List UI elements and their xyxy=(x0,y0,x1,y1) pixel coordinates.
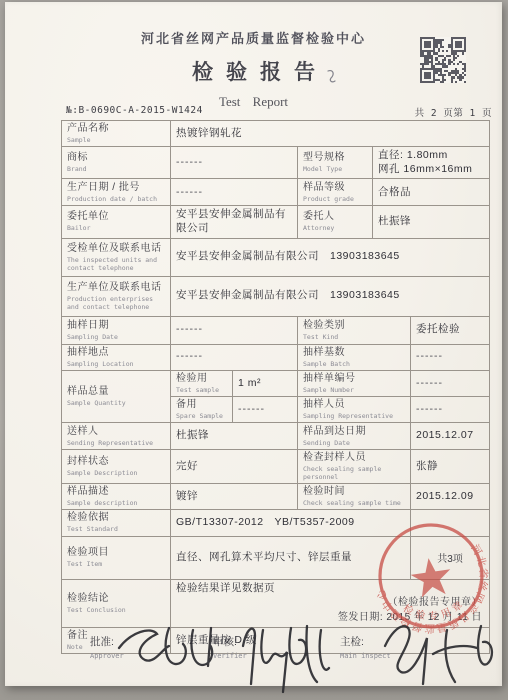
table-row-conclusion: 检验结论 Test Conclusion 检验结果详见数据页 （检验报告专用章）… xyxy=(62,579,490,628)
verifier-block: 审核: Verifier xyxy=(213,634,247,660)
table-row-sample: 产品名称 Sample 热镀锌钢轧花 xyxy=(62,121,490,147)
table-row-samplingdate-testkind: 抽样日期 Sampling Date ------ 检验类别 Test Kind… xyxy=(62,316,490,344)
label-en: The inspected units and contact telephon… xyxy=(67,256,165,272)
label-en: Production enterprises and contact telep… xyxy=(67,295,165,311)
label-zh: 生产单位及联系电话 xyxy=(67,282,165,294)
table-row-producer: 生产单位及联系电话 Production enterprises and con… xyxy=(62,276,490,316)
label-en: Production date / batch xyxy=(67,195,165,203)
label-grade: 样品等级 Product grade xyxy=(298,179,373,206)
report-table: 产品名称 Sample 热镀锌钢轧花 商标 Brand ------ 型号规格 … xyxy=(61,120,490,654)
value-prod-date: ------ xyxy=(171,179,298,206)
label-zh: 抽样单编号 xyxy=(303,373,405,385)
label-en: Test Kind xyxy=(303,333,405,341)
value-sample-number: ------ xyxy=(411,370,490,396)
approver-label-en: Approver xyxy=(90,652,124,660)
qr-code xyxy=(420,37,466,83)
label-en: Attorney xyxy=(303,224,367,232)
label-zh: 检验用 xyxy=(176,373,227,385)
test-item-count: 共3项 xyxy=(411,536,490,579)
table-row-sample-desc: 样品描述 Sample description 镀锌 检验时间 Check se… xyxy=(62,484,490,510)
approver-label-zh: 批准: xyxy=(90,634,124,649)
label-zh: 检验类别 xyxy=(303,320,405,332)
label-zh: 检验结论 xyxy=(67,593,165,605)
label-model: 型号规格 Model Type xyxy=(298,147,373,179)
value-sampling-rep: ------ xyxy=(411,396,490,422)
label-zh: 样品到达日期 xyxy=(303,426,405,438)
label-en: Sample Number xyxy=(303,386,405,394)
label-zh: 样品描述 xyxy=(67,486,165,498)
value-producer: 安平县安伸金属制品有限公司 13903183645 xyxy=(171,276,490,316)
label-test-kind: 检验类别 Test Kind xyxy=(298,316,411,344)
value-test-item: 直径、网孔算术平均尺寸、锌层重量 xyxy=(171,536,411,579)
label-producer: 生产单位及联系电话 Production enterprises and con… xyxy=(62,276,171,316)
label-en: Test Conclusion xyxy=(67,606,165,614)
label-zh: 委托人 xyxy=(303,211,367,223)
label-en: Product grade xyxy=(303,195,367,203)
table-row-location-batch: 抽样地点 Sampling Location ------ 抽样基数 Sampl… xyxy=(62,344,490,370)
table-row-proddate-grade: 生产日期 / 批号 Production date / batch ------… xyxy=(62,179,490,206)
value-spare-sample: ------ xyxy=(233,396,298,422)
report-number: №:B-0690C-A-2015-W1424 xyxy=(66,105,203,119)
value-inspected: 安平县安伸金属制品有限公司 13903183645 xyxy=(171,238,490,276)
label-zh: 抽样人员 xyxy=(303,399,405,411)
label-inspected: 受检单位及联系电话 The inspected units and contac… xyxy=(62,238,171,276)
value-brand: ------ xyxy=(171,147,298,179)
value-conclusion: 检验结果详见数据页 （检验报告专用章） 签发日期: 2015 年 12 月 11… xyxy=(171,579,490,628)
seal-note: （检验报告专用章） xyxy=(176,595,482,610)
verifier-label-en: Verifier xyxy=(213,652,247,660)
label-zh: 委托单位 xyxy=(67,211,165,223)
approver-block: 批准: Approver xyxy=(90,634,124,660)
table-row-note: 备注 Note 锌层重量按 D 级 xyxy=(62,628,490,654)
value-sampling-location: ------ xyxy=(171,344,298,370)
table-row-brand-model: 商标 Brand ------ 型号规格 Model Type 直径: 1.80… xyxy=(62,147,490,179)
label-test-time: 检验时间 Check sealing sample time xyxy=(298,484,411,510)
label-en: Sending Representative xyxy=(67,439,165,447)
value-sending-rep: 杜振锋 xyxy=(171,423,298,450)
inspector-label-en: Main inspect xyxy=(340,652,391,660)
value-test-standard: GB/T13307-2012 YB/T5357-2009 xyxy=(171,510,411,536)
value-seal-checker: 张静 xyxy=(411,450,490,484)
label-zh: 样品等级 xyxy=(303,182,367,194)
label-spare-sample: 备用 Spare Sample xyxy=(171,396,233,422)
conclusion-text: 检验结果详见数据页 xyxy=(176,582,484,596)
label-zh: 抽样地点 xyxy=(67,347,165,359)
label-sample-batch: 抽样基数 Sample Batch xyxy=(298,344,411,370)
label-prod-date: 生产日期 / 批号 Production date / batch xyxy=(62,179,171,206)
table-row-bailor-attorney: 委托单位 Bailor 安平县安伸金属制品有限公司 委托人 Attorney 杜… xyxy=(62,206,490,238)
label-sample: 产品名称 Sample xyxy=(62,121,171,147)
report-page: 河北省丝网产品质量监督检验中心 检验报告 Test Report №:B-069… xyxy=(5,2,502,686)
label-bailor: 委托单位 Bailor xyxy=(62,206,171,238)
label-zh: 送样人 xyxy=(67,426,165,438)
label-en: Sending Date xyxy=(303,439,405,447)
verifier-label-zh: 审核: xyxy=(213,634,247,649)
inspector-block: 主检: Main inspect xyxy=(340,634,391,660)
label-sample-desc: 样品描述 Sample description xyxy=(62,484,171,510)
label-en: Test Item xyxy=(67,560,165,568)
label-en: Sampling Date xyxy=(67,333,165,341)
label-zh: 检查封样人员 xyxy=(303,452,405,464)
label-en: Check sealing sample time xyxy=(303,499,405,507)
label-en: Model Type xyxy=(303,165,367,173)
model-line2: 网孔 16mm×16mm xyxy=(378,163,484,177)
label-sending-rep: 送样人 Sending Representative xyxy=(62,423,171,450)
label-zh: 生产日期 / 批号 xyxy=(67,182,165,194)
value-sample-batch: ------ xyxy=(411,344,490,370)
inspector-label-zh: 主检: xyxy=(340,634,391,649)
value-sending-date: 2015.12.07 xyxy=(411,423,490,450)
value-attorney: 杜振锋 xyxy=(373,206,490,238)
value-sample: 热镀锌钢轧花 xyxy=(171,121,490,147)
label-en: Sample Batch xyxy=(303,360,405,368)
empty-cell xyxy=(411,510,490,536)
label-test-standard: 检验依据 Test Standard xyxy=(62,510,171,536)
label-zh: 型号规格 xyxy=(303,152,367,164)
table-row-inspected: 受检单位及联系电话 The inspected units and contac… xyxy=(62,238,490,276)
value-sample-desc: 镀锌 xyxy=(171,484,298,510)
label-seal-checker: 检查封样人员 Check sealing sample personnel xyxy=(298,450,411,484)
label-zh: 商标 xyxy=(67,152,165,164)
table-row-seal-state: 封样状态 Sample Description 完好 检查封样人员 Check … xyxy=(62,450,490,484)
value-test-sample: 1 m² xyxy=(233,370,298,396)
label-en: Sample xyxy=(67,136,165,144)
label-sending-date: 样品到达日期 Sending Date xyxy=(298,423,411,450)
label-en: Check sealing sample personnel xyxy=(303,465,405,481)
table-row-quantity-test: 样品总量 Sample Quantity 检验用 Test sample 1 m… xyxy=(62,370,490,396)
label-sample-number: 抽样单编号 Sample Number xyxy=(298,370,411,396)
label-seal-state: 封样状态 Sample Description xyxy=(62,450,171,484)
label-attorney: 委托人 Attorney xyxy=(298,206,373,238)
label-en: Test Standard xyxy=(67,525,165,533)
value-sampling-date: ------ xyxy=(171,316,298,344)
issue-date: 签发日期: 2015 年 12 月 11 日 xyxy=(176,610,482,625)
report-number-row: №:B-0690C-A-2015-W1424 共 2 页第 1 页 xyxy=(66,105,492,119)
label-zh: 产品名称 xyxy=(67,123,165,135)
label-zh: 检验项目 xyxy=(67,547,165,559)
value-seal-state: 完好 xyxy=(171,450,298,484)
value-grade: 合格品 xyxy=(373,179,490,206)
value-model: 直径: 1.80mm 网孔 16mm×16mm xyxy=(373,147,490,179)
label-zh: 抽样基数 xyxy=(303,347,405,359)
label-zh: 检验时间 xyxy=(303,486,405,498)
label-en: Sample Quantity xyxy=(67,399,165,407)
label-en: Sampling Representative xyxy=(303,412,405,420)
pagination: 共 2 页第 1 页 xyxy=(415,105,492,119)
table-row-standard: 检验依据 Test Standard GB/T13307-2012 YB/T53… xyxy=(62,510,490,536)
label-zh: 备用 xyxy=(176,399,227,411)
label-brand: 商标 Brand xyxy=(62,147,171,179)
value-bailor: 安平县安伸金属制品有限公司 xyxy=(171,206,298,238)
label-sampling-rep: 抽样人员 Sampling Representative xyxy=(298,396,411,422)
model-line1: 直径: 1.80mm xyxy=(378,149,484,163)
value-test-kind: 委托检验 xyxy=(411,316,490,344)
label-sample-quantity: 样品总量 Sample Quantity xyxy=(62,370,171,422)
label-en: Bailor xyxy=(67,224,165,232)
label-en: Test sample xyxy=(176,386,227,394)
label-en: Sample description xyxy=(67,499,165,507)
label-en: Sampling Location xyxy=(67,360,165,368)
label-zh: 受检单位及联系电话 xyxy=(67,243,165,255)
value-test-time: 2015.12.09 xyxy=(411,484,490,510)
label-zh: 检验依据 xyxy=(67,512,165,524)
label-en: Brand xyxy=(67,165,165,173)
label-sampling-location: 抽样地点 Sampling Location xyxy=(62,344,171,370)
label-zh: 封样状态 xyxy=(67,456,165,468)
label-zh: 样品总量 xyxy=(67,386,165,398)
label-sampling-date: 抽样日期 Sampling Date xyxy=(62,316,171,344)
label-en: Sample Description xyxy=(67,469,165,477)
label-zh: 抽样日期 xyxy=(67,320,165,332)
table-row-test-item: 检验项目 Test Item 直径、网孔算术平均尺寸、锌层重量 共3项 xyxy=(62,536,490,579)
label-test-sample: 检验用 Test sample xyxy=(171,370,233,396)
pen-mark xyxy=(325,68,339,86)
label-test-item: 检验项目 Test Item xyxy=(62,536,171,579)
table-row-sending: 送样人 Sending Representative 杜振锋 样品到达日期 Se… xyxy=(62,423,490,450)
label-en: Spare Sample xyxy=(176,412,227,420)
label-conclusion: 检验结论 Test Conclusion xyxy=(62,579,171,628)
